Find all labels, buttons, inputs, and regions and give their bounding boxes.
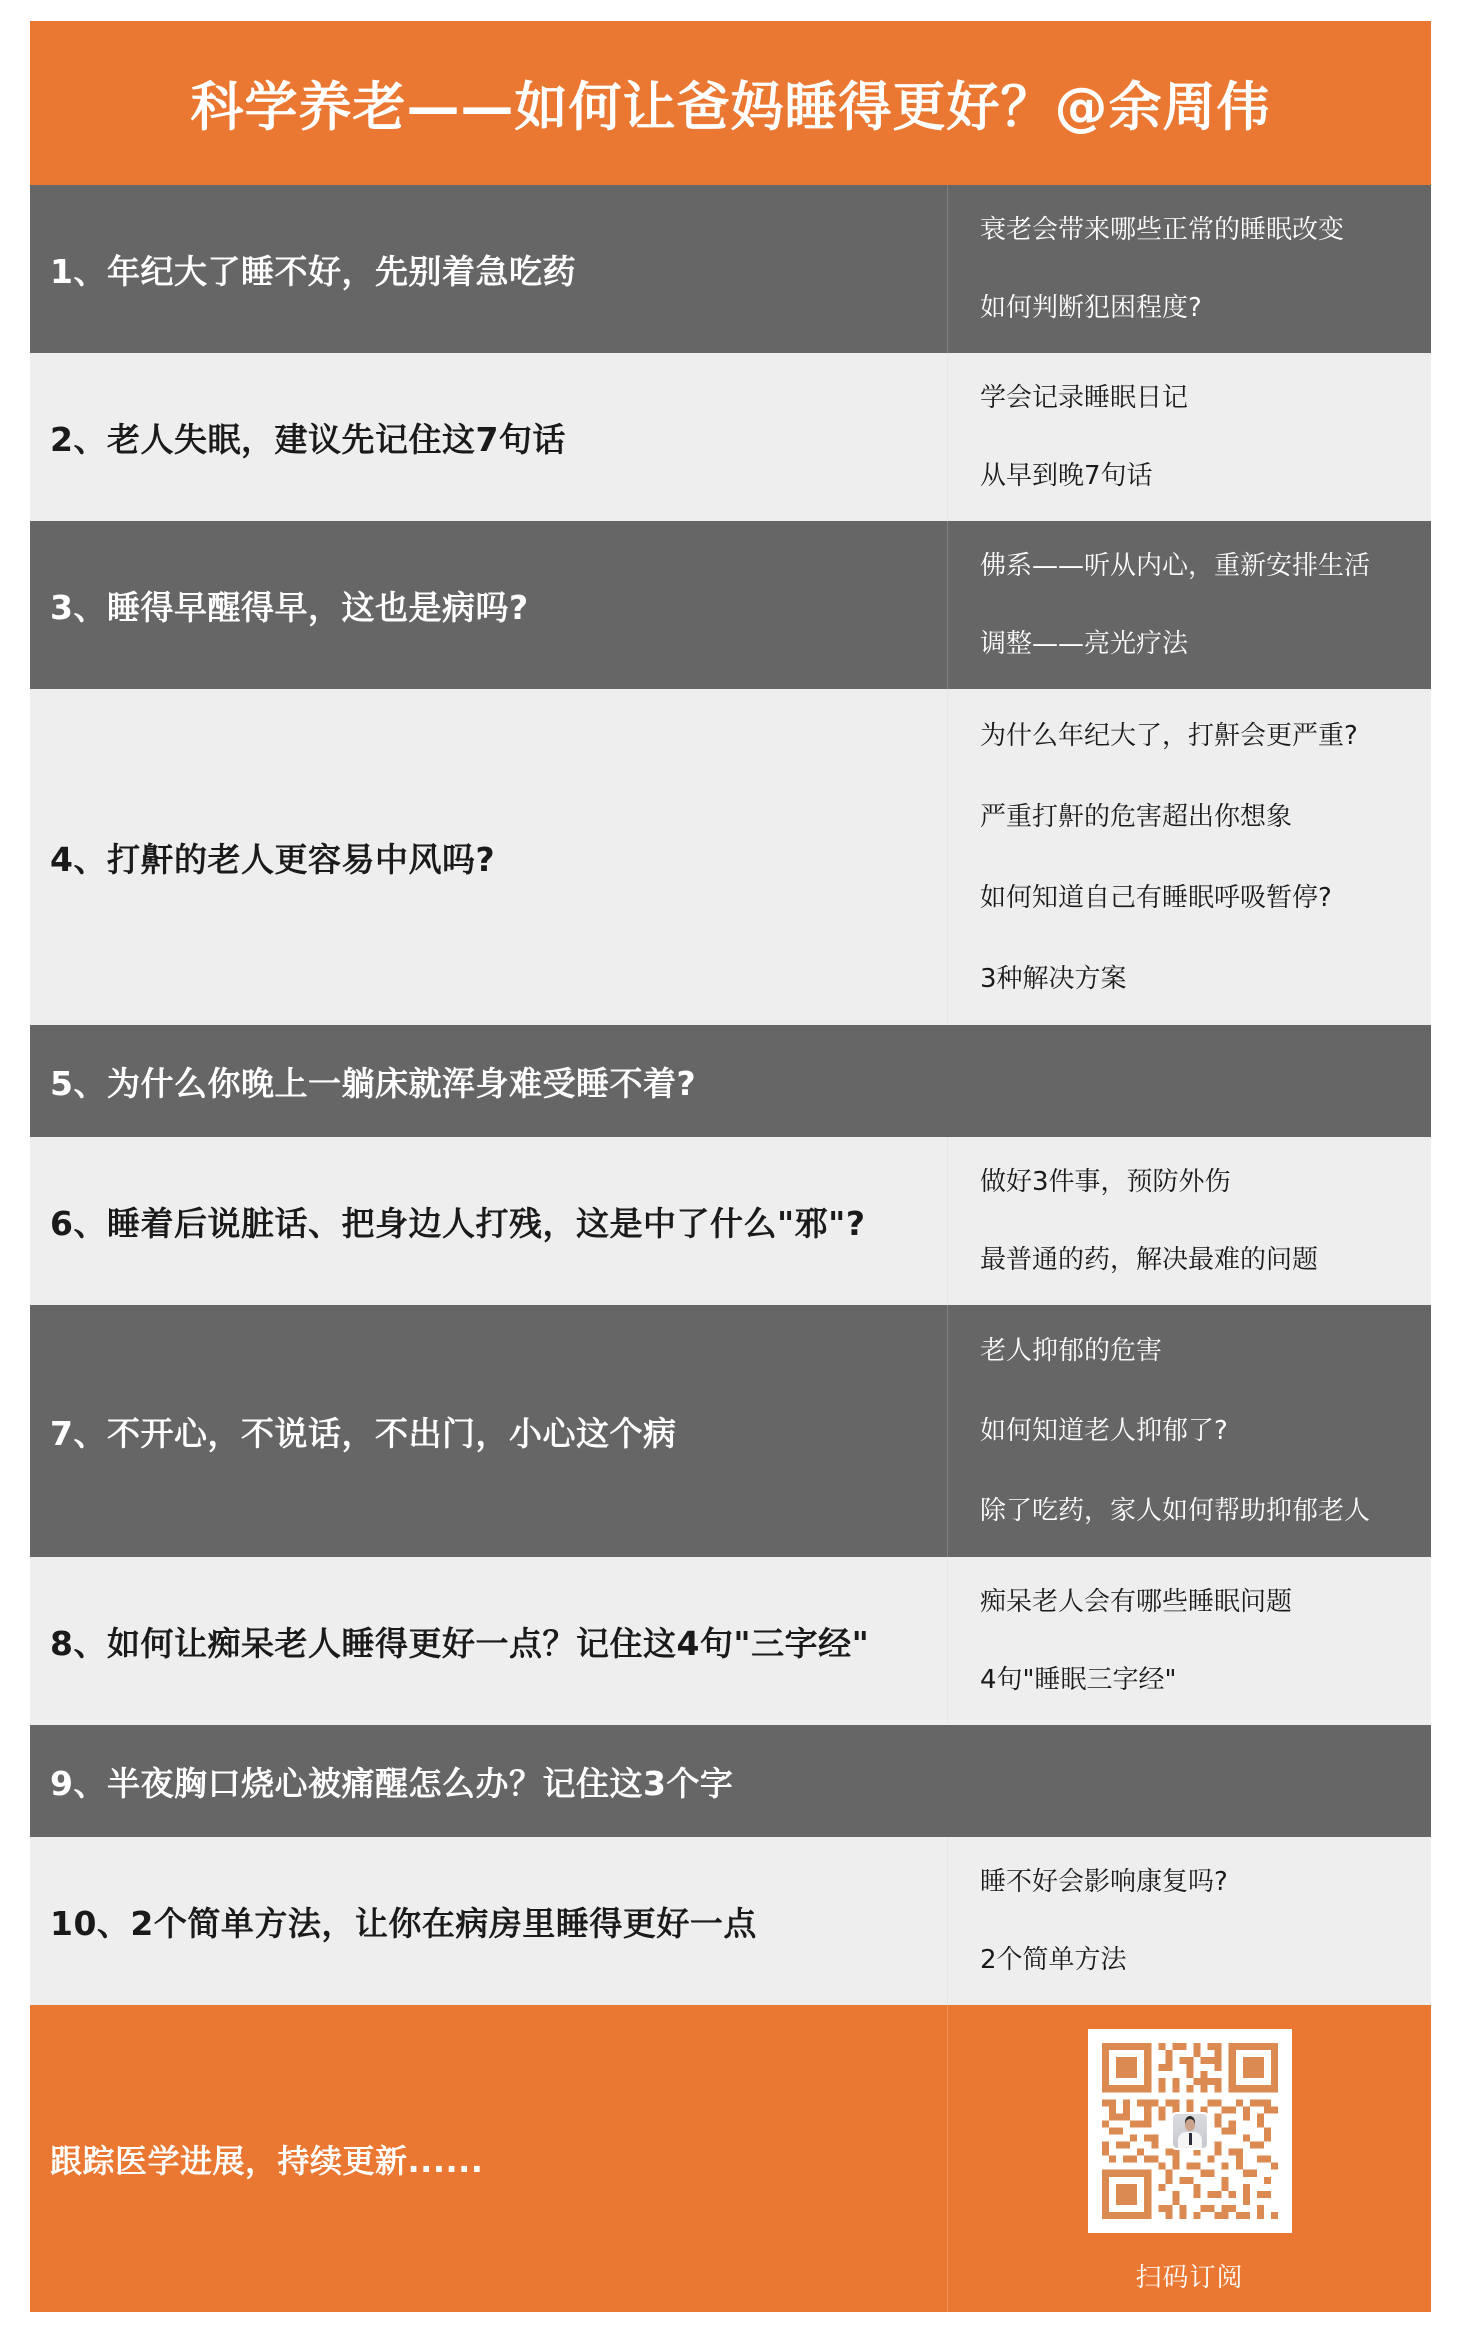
qr-code-icon[interactable]: [1088, 2029, 1292, 2233]
subtopic: 佛系——听从内心，重新安排生活: [980, 546, 1431, 586]
row-title: 3、睡得早醒得早，这也是病吗?: [30, 521, 947, 689]
row-title: 6、睡着后说脏话、把身边人打残，这是中了什么"邪"?: [30, 1137, 947, 1305]
subtopic: 如何知道自己有睡眠呼吸暂停?: [980, 878, 1431, 918]
row-subtopics: 痴呆老人会有哪些睡眠问题 4句"睡眠三字经": [947, 1557, 1431, 1725]
sleep-course-table: 科学养老——如何让爸妈睡得更好？@余周伟 1、年纪大了睡不好，先别着急吃药 衰老…: [30, 21, 1431, 2312]
row-title: 2、老人失眠，建议先记住这7句话: [30, 353, 947, 521]
subtopic: 痴呆老人会有哪些睡眠问题: [980, 1582, 1431, 1622]
course-row-4[interactable]: 4、打鼾的老人更容易中风吗? 为什么年纪大了，打鼾会更严重? 严重打鼾的危害超出…: [30, 689, 1431, 1025]
footer-tagline: 跟踪医学进展，持续更新......: [30, 2005, 947, 2312]
subtopic: 为什么年纪大了，打鼾会更严重?: [980, 716, 1431, 756]
row-subtopics: 佛系——听从内心，重新安排生活 调整——亮光疗法: [947, 521, 1431, 689]
row-title: 1、年纪大了睡不好，先别着急吃药: [30, 185, 947, 353]
page-title: 科学养老——如何让爸妈睡得更好？@余周伟: [30, 21, 1431, 185]
subtopic: 从早到晚7句话: [980, 456, 1431, 496]
subtopic: 学会记录睡眠日记: [980, 378, 1431, 418]
subtopic: 做好3件事，预防外伤: [980, 1162, 1431, 1202]
row-title: 5、为什么你晚上一躺床就浑身难受睡不着?: [30, 1025, 1431, 1137]
course-row-3[interactable]: 3、睡得早醒得早，这也是病吗? 佛系——听从内心，重新安排生活 调整——亮光疗法: [30, 521, 1431, 689]
row-title: 10、2个简单方法，让你在病房里睡得更好一点: [30, 1837, 947, 2005]
footer: 跟踪医学进展，持续更新......: [30, 2005, 1431, 2312]
row-subtopics: 老人抑郁的危害 如何知道老人抑郁了? 除了吃药，家人如何帮助抑郁老人: [947, 1305, 1431, 1557]
subtopic: 除了吃药，家人如何帮助抑郁老人: [980, 1491, 1431, 1531]
subtopic: 如何知道老人抑郁了?: [980, 1411, 1431, 1451]
course-row-10[interactable]: 10、2个简单方法，让你在病房里睡得更好一点 睡不好会影响康复吗? 2个简单方法: [30, 1837, 1431, 2005]
subtopic: 如何判断犯困程度?: [980, 288, 1431, 328]
row-subtopics: 衰老会带来哪些正常的睡眠改变 如何判断犯困程度?: [947, 185, 1431, 353]
subtopic: 4句"睡眠三字经": [980, 1660, 1431, 1700]
row-title: 8、如何让痴呆老人睡得更好一点？记住这4句"三字经": [30, 1557, 947, 1725]
subscribe-caption: 扫码订阅: [1135, 2257, 1243, 2294]
row-subtopics: 睡不好会影响康复吗? 2个简单方法: [947, 1837, 1431, 2005]
row-title: 9、半夜胸口烧心被痛醒怎么办？记住这3个字: [30, 1725, 1431, 1837]
subscribe-panel: 扫码订阅: [947, 2005, 1431, 2312]
course-row-7[interactable]: 7、不开心，不说话，不出门，小心这个病 老人抑郁的危害 如何知道老人抑郁了? 除…: [30, 1305, 1431, 1557]
subtopic: 2个简单方法: [980, 1940, 1431, 1980]
avatar: [1171, 2112, 1209, 2150]
subtopic: 调整——亮光疗法: [980, 624, 1431, 664]
course-row-9[interactable]: 9、半夜胸口烧心被痛醒怎么办？记住这3个字: [30, 1725, 1431, 1837]
row-title: 4、打鼾的老人更容易中风吗?: [30, 689, 947, 1025]
subtopic: 衰老会带来哪些正常的睡眠改变: [980, 210, 1431, 250]
course-row-5[interactable]: 5、为什么你晚上一躺床就浑身难受睡不着?: [30, 1025, 1431, 1137]
row-subtopics: 为什么年纪大了，打鼾会更严重? 严重打鼾的危害超出你想象 如何知道自己有睡眠呼吸…: [947, 689, 1431, 1025]
row-title: 7、不开心，不说话，不出门，小心这个病: [30, 1305, 947, 1557]
course-row-2[interactable]: 2、老人失眠，建议先记住这7句话 学会记录睡眠日记 从早到晚7句话: [30, 353, 1431, 521]
subtopic: 老人抑郁的危害: [980, 1331, 1431, 1371]
row-subtopics: 学会记录睡眠日记 从早到晚7句话: [947, 353, 1431, 521]
course-row-6[interactable]: 6、睡着后说脏话、把身边人打残，这是中了什么"邪"? 做好3件事，预防外伤 最普…: [30, 1137, 1431, 1305]
subtopic: 最普通的药，解决最难的问题: [980, 1240, 1431, 1280]
subtopic: 睡不好会影响康复吗?: [980, 1862, 1431, 1902]
avatar-photo: [1173, 2114, 1207, 2148]
course-row-1[interactable]: 1、年纪大了睡不好，先别着急吃药 衰老会带来哪些正常的睡眠改变 如何判断犯困程度…: [30, 185, 1431, 353]
course-row-8[interactable]: 8、如何让痴呆老人睡得更好一点？记住这4句"三字经" 痴呆老人会有哪些睡眠问题 …: [30, 1557, 1431, 1725]
subtopic: 3种解决方案: [980, 959, 1431, 999]
row-subtopics: 做好3件事，预防外伤 最普通的药，解决最难的问题: [947, 1137, 1431, 1305]
subtopic: 严重打鼾的危害超出你想象: [980, 797, 1431, 837]
